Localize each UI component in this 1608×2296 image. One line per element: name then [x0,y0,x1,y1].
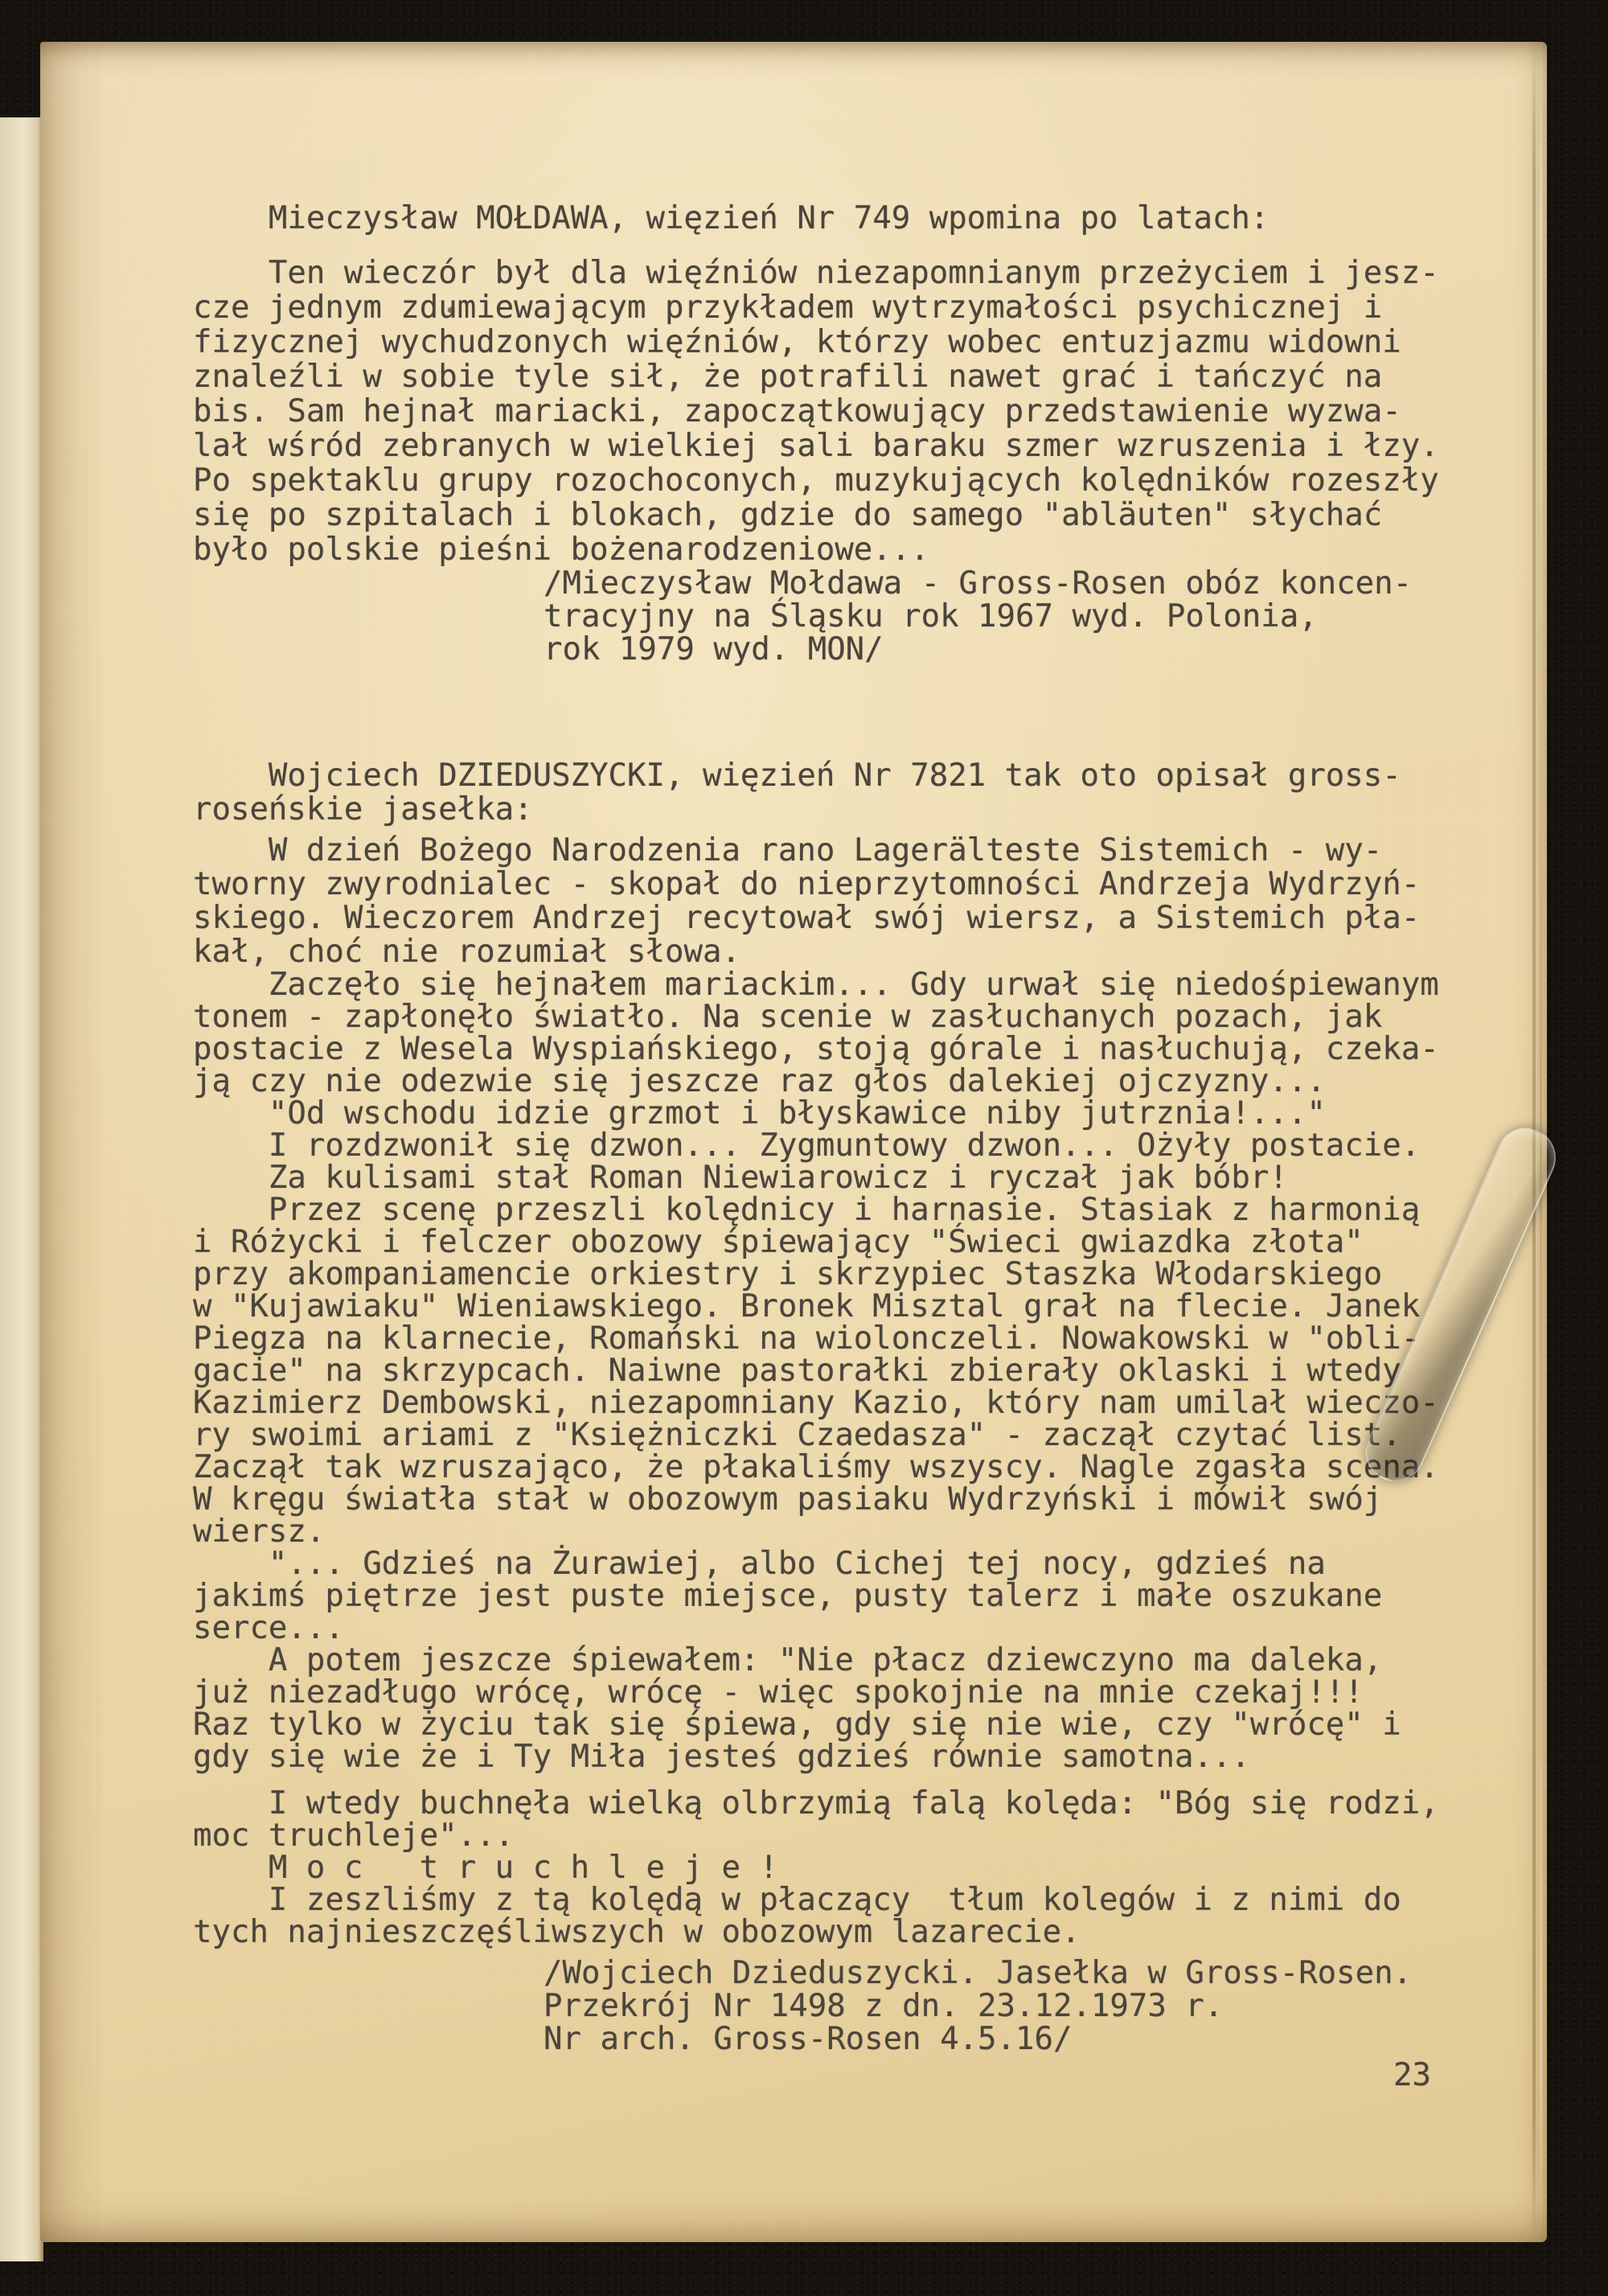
text-line: Przekrój Nr 1498 z dn. 23.12.1973 r. [544,1990,1463,2023]
text-line: przy akompaniamencie orkiestry i skrzypi… [193,1259,1463,1291]
text-line: W dzień Bożego Narodzenia rano Lagerälte… [193,834,1463,868]
text-line: się po szpitalach i blokach, gdzie do sa… [193,498,1463,532]
text-line: gacie" na skrzypcach. Naiwne pastorałki … [193,1355,1463,1387]
text-line: W kręgu światła stał w obozowym pasiaku … [193,1484,1463,1516]
text-line: kał, choć nie rozumiał słowa. [193,935,1463,969]
text-line: serce... [193,1612,1463,1645]
text-line: już niezadługo wrócę, wrócę - więc spoko… [193,1677,1463,1709]
text-line: "... Gdzieś na Żurawiej, albo Cichej tej… [193,1548,1463,1580]
text-line: Przez scenę przeszli kolędnicy i harnasi… [193,1194,1463,1226]
text-line: Po spektaklu grupy rozochoconych, muzyku… [193,463,1463,498]
quote2-paragraph-2: Zaczęło się hejnałem mariackim... Gdy ur… [193,969,1463,1773]
text-line: jakimś piętrze jest puste miejsce, pusty… [193,1580,1463,1612]
quote2-heading: Wojciech DZIEDUSZYCKI, więzień Nr 7821 t… [193,759,1463,827]
text-line: w "Kujawiaku" Wieniawskiego. Bronek Misz… [193,1291,1463,1323]
text-line: tonem - zapłonęło światło. Na scenie w z… [193,1001,1463,1033]
text-line: lał wśród zebranych w wielkiej sali bara… [193,429,1463,463]
text-line: /Mieczysław Mołdawa - Gross-Rosen obóz k… [544,567,1463,600]
text-line: Wojciech DZIEDUSZYCKI, więzień Nr 7821 t… [193,759,1463,793]
text-line: Zaczęło się hejnałem mariackim... Gdy ur… [193,969,1463,1001]
quote1-paragraph: Ten wieczór był dla więźniów niezapomnia… [193,256,1463,567]
scan-background: Mieczysław MOŁDAWA, więzień Nr 749 wpomi… [0,0,1608,2296]
text-line: I rozdzwonił się dzwon... Zygmuntowy dzw… [193,1130,1463,1162]
text-line: postacie z Wesela Wyspiańskiego, stoją g… [193,1033,1463,1066]
text-line: tracyjny na Śląsku rok 1967 wyd. Polonia… [544,600,1463,633]
page-number: 23 [193,2059,1431,2092]
text-line: znaleźli w sobie tyle sił, że potrafili … [193,359,1463,394]
text-line: /Wojciech Dzieduszycki. Jasełka w Gross-… [544,1957,1463,1990]
text-line: i Różycki i felczer obozowy śpiewający "… [193,1226,1463,1259]
text-line: M o c t r u c h l e j e ! [193,1852,1463,1884]
text-line: Piegza na klarnecie, Romański na wiolonc… [193,1323,1463,1355]
text-line: roseńskie jasełka: [193,793,1463,827]
text-line: Nr arch. Gross-Rosen 4.5.16/ [544,2023,1463,2056]
text-line: tych najnieszczęśliwszych w obozowym laz… [193,1916,1463,1949]
text-line: Za kulisami stał Roman Niewiarowicz i ry… [193,1162,1463,1194]
text-line: rok 1979 wyd. MON/ [544,633,1463,666]
text-line: cze jednym zdumiewającym przykładem wytr… [193,290,1463,325]
text-line: Ten wieczór był dla więźniów niezapomnia… [193,256,1463,290]
text-line: I wtedy buchnęła wielką olbrzymią falą k… [193,1788,1463,1820]
quote2-paragraph-3: I wtedy buchnęła wielką olbrzymią falą k… [193,1788,1463,1949]
text-line: skiego. Wieczorem Andrzej recytował swój… [193,902,1463,935]
text-line: Raz tylko w życiu tak się śpiewa, gdy si… [193,1709,1463,1741]
text-line: Kazimierz Dembowski, niezapomniany Kazio… [193,1387,1463,1419]
text-line: gdy się wie że i Ty Miła jesteś gdzieś r… [193,1741,1463,1773]
text-line: A potem jeszcze śpiewałem: "Nie płacz dz… [193,1645,1463,1677]
text-line: ją czy nie odezwie się jeszcze raz głos … [193,1066,1463,1098]
text-line: I zeszliśmy z tą kolędą w płaczący tłum … [193,1884,1463,1916]
text-line: wiersz. [193,1516,1463,1548]
text-line: "Od wschodu idzie grzmot i błyskawice ni… [193,1098,1463,1130]
text-line: tworny zwyrodnialec - skopał do nieprzyt… [193,868,1463,902]
text-line: było polskie pieśni bożenarodzeniowe... [193,532,1463,567]
text-layer: Mieczysław MOŁDAWA, więzień Nr 749 wpomi… [193,203,1463,2056]
quote1-heading: Mieczysław MOŁDAWA, więzień Nr 749 wpomi… [193,203,1463,235]
quote1-attribution: /Mieczysław Mołdawa - Gross-Rosen obóz k… [544,567,1463,666]
text-line: bis. Sam hejnał mariacki, zapoczątkowują… [193,394,1463,429]
text-line: ry swoimi ariami z "Księżniczki Czaedasz… [193,1419,1463,1452]
quote2-paragraph-1: W dzień Bożego Narodzenia rano Lagerälte… [193,834,1463,969]
text-line: fizycznej wychudzonych więźniów, którzy … [193,325,1463,359]
text-line: Mieczysław MOŁDAWA, więzień Nr 749 wpomi… [193,203,1463,235]
text-line: Zaczął tak wzruszająco, że płakaliśmy ws… [193,1452,1463,1484]
previous-page-edge [0,117,43,2261]
quote2-attribution: /Wojciech Dzieduszycki. Jasełka w Gross-… [544,1957,1463,2056]
text-line: moc truchleje"... [193,1820,1463,1852]
